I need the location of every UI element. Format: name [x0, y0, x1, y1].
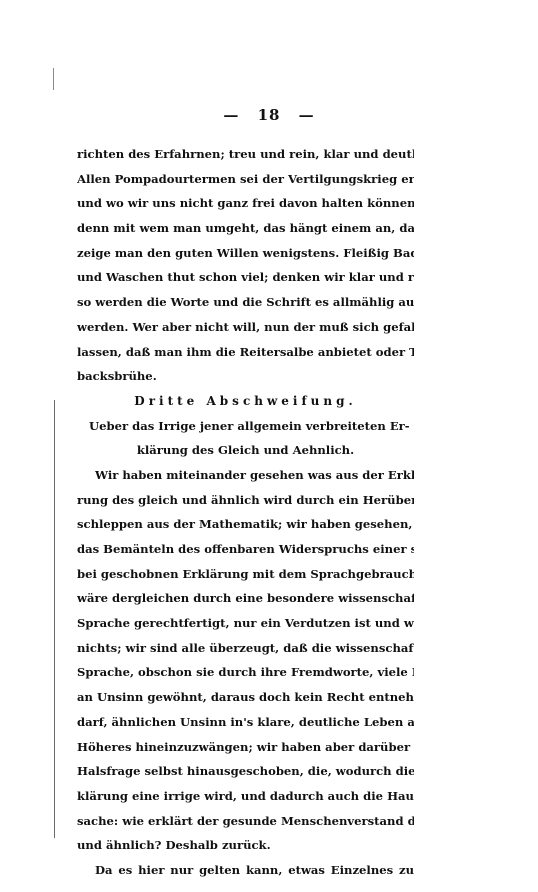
text-line: Wir haben miteinander gesehen was aus de…	[77, 463, 414, 488]
text-line: und Waschen thut schon viel; denken wir …	[77, 265, 414, 290]
text-line: zeige man den guten Willen wenigstens. F…	[77, 241, 414, 266]
text-line: Sprache gerechtfertigt, nur ein Verdutze…	[77, 611, 414, 636]
text-line: richten des Erfahrnen; treu und rein, kl…	[77, 142, 414, 167]
section-subtitle-cont: klärung des Gleich und Aehnlich.	[77, 438, 414, 463]
text-line: backsbrühe.	[77, 364, 414, 389]
text-line: an Unsinn gewöhnt, daraus doch kein Rech…	[77, 685, 414, 710]
text-line: Da es hier nur gelten kann, etwas Einzel…	[77, 858, 414, 883]
text-line: klärung eine irrige wird, und dadurch au…	[77, 784, 414, 809]
header-dash-right: —	[299, 106, 315, 124]
book-page: — 18 — richten des Erfahrnen; treu und r…	[0, 0, 538, 892]
text-line: nichts; wir sind alle überzeugt, daß die…	[77, 636, 414, 661]
text-line: sache: wie erklärt der gesunde Menschenv…	[77, 809, 414, 834]
text-line: werden. Wer aber nicht will, nun der muß…	[77, 315, 414, 340]
text-line: schleppen aus der Mathematik; wir haben …	[77, 512, 414, 537]
text-line: denn mit wem man umgeht, das hängt einem…	[77, 216, 414, 241]
text-line: darf, ähnlichen Unsinn in's klare, deutl…	[77, 710, 414, 735]
text-line: Höheres hineinzuzwängen; wir haben aber …	[77, 735, 414, 760]
text-line: so werden die Worte und die Schrift es a…	[77, 290, 414, 315]
page-gutter-line	[54, 400, 55, 838]
binding-mark	[53, 68, 54, 90]
section-heading: Dritte Abschweifung.	[77, 389, 414, 414]
section-subtitle: Ueber das Irrige jener allgemein verbrei…	[77, 414, 414, 439]
text-line: Allen Pompadourtermen sei der Vertilgung…	[77, 167, 414, 192]
text-line: lassen, daß man ihm die Reitersalbe anbi…	[77, 340, 414, 365]
text-line: und wo wir uns nicht ganz frei davon hal…	[77, 191, 414, 216]
page-header: — 18 —	[0, 106, 538, 124]
page-body: richten des Erfahrnen; treu und rein, kl…	[77, 142, 414, 883]
text-line: und ähnlich? Deshalb zurück.	[77, 833, 414, 858]
text-line: wäre dergleichen durch eine besondere wi…	[77, 586, 414, 611]
text-line: Halsfrage selbst hinausgeschoben, die, w…	[77, 759, 414, 784]
text-line: das Bemänteln des offenbaren Widerspruch…	[77, 537, 414, 562]
text-line: bei geschobnen Erklärung mit dem Sprachg…	[77, 562, 414, 587]
header-dash-left: —	[223, 106, 239, 124]
text-line: Sprache, obschon sie durch ihre Fremdwor…	[77, 660, 414, 685]
page-number: 18	[258, 106, 281, 124]
text-line: rung des gleich und ähnlich wird durch e…	[77, 488, 414, 513]
